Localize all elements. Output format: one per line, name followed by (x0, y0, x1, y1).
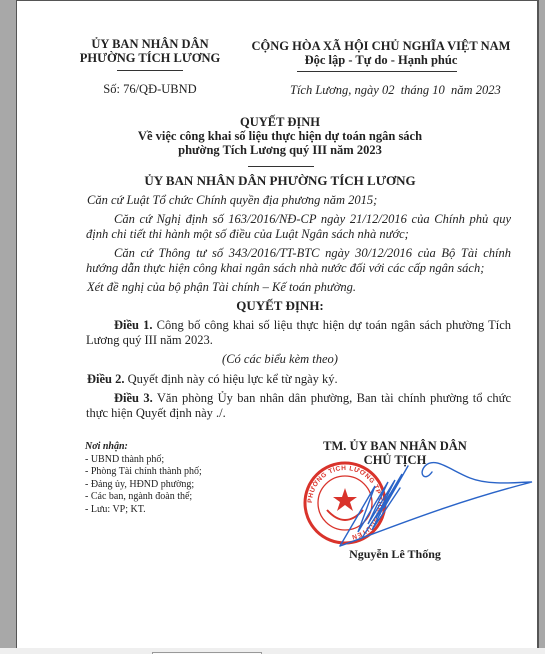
recipients-block: Nơi nhận: - UBND thành phố; - Phòng Tài … (85, 441, 202, 516)
signer-name: Nguyễn Lê Thống (290, 547, 500, 562)
on-behalf-of: TM. ỦY BAN NHÂN DÂN (290, 439, 500, 453)
article-3: Điều 3. Văn phòng Ủy ban nhân dân phường… (86, 391, 511, 421)
official-seal-icon: PHƯỜNG TÍCH LƯƠNG TP THÁI NGUYÊN (305, 463, 385, 543)
viewer-status-bar (0, 648, 545, 654)
recipients-heading: Nơi nhận: (85, 441, 202, 454)
motto: Độc lập - Tự do - Hạnh phúc (236, 53, 526, 67)
national-motto: CỘNG HÒA XÃ HỘI CHỦ NGHĨA VIỆT NAM Độc l… (236, 39, 526, 67)
article-3-label: Điều 3. (114, 391, 153, 405)
country-name: CỘNG HÒA XÃ HỘI CHỦ NGHĨA VIỆT NAM (236, 39, 526, 53)
decision-heading: QUYẾT ĐỊNH: (60, 298, 500, 314)
recipient-item: - Lưu: VP; KT. (85, 504, 202, 517)
agency-line-2: PHƯỜNG TÍCH LƯƠNG (70, 51, 230, 65)
motto-underline (297, 71, 457, 72)
issuing-agency: ỦY BAN NHÂN DÂN PHƯỜNG TÍCH LƯƠNG (70, 37, 230, 65)
article-1-label: Điều 1. (114, 318, 153, 332)
article-2: Điều 2. Quyết định này có hiệu lực kể từ… (87, 372, 338, 387)
official-stamp-and-signature: PHƯỜNG TÍCH LƯƠNG TP THÁI NGUYÊN (300, 458, 540, 558)
issuing-authority: ỦY BAN NHÂN DÂN PHƯỜNG TÍCH LƯƠNG (60, 173, 500, 189)
subject-line-1: Về việc công khai số liệu thực hiện dự t… (60, 129, 500, 143)
agency-underline (117, 70, 183, 71)
basis-1: Căn cứ Luật Tổ chức Chính quyền địa phươ… (87, 193, 377, 208)
subject-line-2: phường Tích Lương quý III năm 2023 (60, 143, 500, 157)
recipient-item: - UBND thành phố; (85, 454, 202, 467)
recipient-item: - Phòng Tài chính thành phố; (85, 466, 202, 479)
document-number: Số: 76/QĐ-UBND (70, 82, 230, 97)
agency-line-1: ỦY BAN NHÂN DÂN (70, 37, 230, 51)
document-viewer: ỦY BAN NHÂN DÂN PHƯỜNG TÍCH LƯƠNG Số: 76… (0, 0, 545, 654)
recipient-item: - Các ban, ngành đoàn thể; (85, 491, 202, 504)
document-type: QUYẾT ĐỊNH (60, 115, 500, 129)
basis-3: Căn cứ Thông tư số 343/2016/TT-BTC ngày … (86, 246, 511, 276)
basis-4: Xét đề nghị của bộ phận Tài chính – Kế t… (87, 280, 356, 295)
place-date: Tích Lương, ngày 02 tháng 10 năm 2023 (290, 83, 501, 98)
article-1: Điều 1. Công bố công khai số liệu thực h… (86, 318, 511, 348)
document-title: QUYẾT ĐỊNH Về việc công khai số liệu thự… (60, 115, 500, 157)
attachment-note: (Có các biểu kèm theo) (60, 352, 500, 367)
article-2-label: Điều 2. (87, 372, 125, 386)
title-underline (248, 166, 314, 167)
basis-2: Căn cứ Nghị định số 163/2016/NĐ-CP ngày … (86, 212, 511, 242)
recipient-item: - Đảng ủy, HĐND phường; (85, 479, 202, 492)
article-2-text: Quyết định này có hiệu lực kể từ ngày ký… (128, 372, 338, 386)
